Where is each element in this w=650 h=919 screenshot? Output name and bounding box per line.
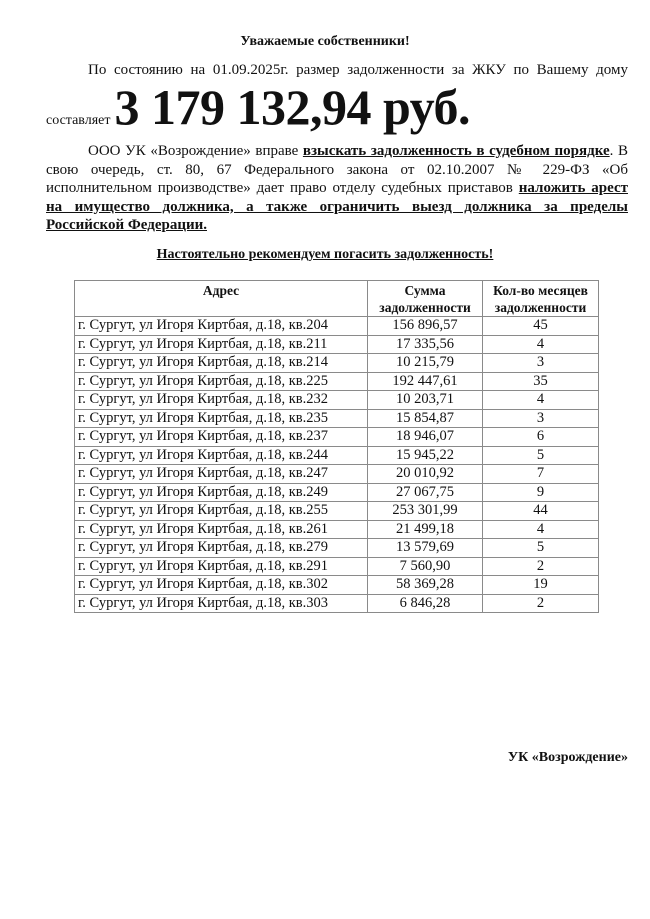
header-address: Адрес (75, 281, 368, 317)
table-row: г. Сургут, ул Игоря Киртбая, д.18, кв.27… (75, 539, 599, 558)
amount-prefix: составляет (46, 113, 110, 128)
table-row: г. Сургут, ул Игоря Киртбая, д.18, кв.25… (75, 502, 599, 521)
cell-address: г. Сургут, ул Игоря Киртбая, д.18, кв.27… (75, 539, 368, 558)
cell-months: 45 (483, 317, 599, 336)
table-row: г. Сургут, ул Игоря Киртбая, д.18, кв.22… (75, 372, 599, 391)
cell-address: г. Сургут, ул Игоря Киртбая, д.18, кв.23… (75, 428, 368, 447)
table-row: г. Сургут, ул Игоря Киртбая, д.18, кв.21… (75, 335, 599, 354)
cell-sum: 10 203,71 (368, 391, 483, 410)
cell-months: 4 (483, 520, 599, 539)
cell-months: 2 (483, 594, 599, 613)
header-months: Кол-во месяцев задолженности (483, 281, 599, 317)
cell-sum: 156 896,57 (368, 317, 483, 336)
document-title: Уважаемые собственники! (0, 34, 650, 50)
table-row: г. Сургут, ул Игоря Киртбая, д.18, кв.21… (75, 354, 599, 373)
cell-months: 4 (483, 335, 599, 354)
legal-paragraph: ООО УК «Возрождение» вправе взыскать зад… (46, 142, 628, 235)
table-row: г. Сургут, ул Игоря Киртбая, д.18, кв.20… (75, 317, 599, 336)
cell-months: 3 (483, 354, 599, 373)
cell-address: г. Сургут, ул Игоря Киртбая, д.18, кв.22… (75, 372, 368, 391)
cell-address: г. Сургут, ул Игоря Киртбая, д.18, кв.21… (75, 335, 368, 354)
cell-address: г. Сургут, ул Игоря Киртбая, д.18, кв.24… (75, 465, 368, 484)
header-sum: Сумма задолженности (368, 281, 483, 317)
cell-months: 19 (483, 576, 599, 595)
recommendation-heading: Настоятельно рекомендуем погасить задолж… (0, 247, 650, 263)
signature: УК «Возрождение» (400, 750, 628, 766)
total-amount-line: составляет 3 179 132,94 руб. (46, 82, 470, 132)
table-row: г. Сургут, ул Игоря Киртбая, д.18, кв.24… (75, 465, 599, 484)
table-row: г. Сургут, ул Игоря Киртбая, д.18, кв.24… (75, 483, 599, 502)
cell-sum: 17 335,56 (368, 335, 483, 354)
total-debt-amount: 3 179 132,94 руб. (114, 79, 470, 135)
table-row: г. Сургут, ул Игоря Киртбая, д.18, кв.26… (75, 520, 599, 539)
cell-sum: 15 945,22 (368, 446, 483, 465)
cell-sum: 10 215,79 (368, 354, 483, 373)
cell-address: г. Сургут, ул Игоря Киртбая, д.18, кв.23… (75, 391, 368, 410)
cell-sum: 15 854,87 (368, 409, 483, 428)
cell-months: 6 (483, 428, 599, 447)
cell-sum: 13 579,69 (368, 539, 483, 558)
cell-address: г. Сургут, ул Игоря Киртбая, д.18, кв.25… (75, 502, 368, 521)
debt-table-body: г. Сургут, ул Игоря Киртбая, д.18, кв.20… (75, 317, 599, 613)
cell-sum: 253 301,99 (368, 502, 483, 521)
cell-address: г. Сургут, ул Игоря Киртбая, д.18, кв.23… (75, 409, 368, 428)
table-row: г. Сургут, ул Игоря Киртбая, д.18, кв.23… (75, 391, 599, 410)
cell-address: г. Сургут, ул Игоря Киртбая, д.18, кв.20… (75, 317, 368, 336)
debt-table: Адрес Сумма задолженности Кол-во месяцев… (74, 280, 599, 613)
cell-address: г. Сургут, ул Игоря Киртбая, д.18, кв.24… (75, 483, 368, 502)
cell-months: 5 (483, 446, 599, 465)
paragraph-text-1: ООО УК «Возрождение» вправе (88, 143, 303, 159)
cell-sum: 27 067,75 (368, 483, 483, 502)
paragraph-emphasis-court: взыскать задолженность в судебном порядк… (303, 143, 610, 159)
intro-line: По состоянию на 01.09.2025г. размер задо… (88, 62, 628, 79)
cell-months: 4 (483, 391, 599, 410)
cell-sum: 58 369,28 (368, 576, 483, 595)
cell-address: г. Сургут, ул Игоря Киртбая, д.18, кв.29… (75, 557, 368, 576)
cell-months: 9 (483, 483, 599, 502)
cell-sum: 21 499,18 (368, 520, 483, 539)
cell-months: 35 (483, 372, 599, 391)
table-row: г. Сургут, ул Игоря Киртбая, д.18, кв.29… (75, 557, 599, 576)
cell-sum: 18 946,07 (368, 428, 483, 447)
cell-sum: 20 010,92 (368, 465, 483, 484)
cell-address: г. Сургут, ул Игоря Киртбая, д.18, кв.30… (75, 576, 368, 595)
cell-months: 2 (483, 557, 599, 576)
table-header-row: Адрес Сумма задолженности Кол-во месяцев… (75, 281, 599, 317)
cell-sum: 7 560,90 (368, 557, 483, 576)
table-row: г. Сургут, ул Игоря Киртбая, д.18, кв.24… (75, 446, 599, 465)
cell-sum: 192 447,61 (368, 372, 483, 391)
cell-address: г. Сургут, ул Игоря Киртбая, д.18, кв.21… (75, 354, 368, 373)
cell-address: г. Сургут, ул Игоря Киртбая, д.18, кв.26… (75, 520, 368, 539)
table-row: г. Сургут, ул Игоря Киртбая, д.18, кв.30… (75, 576, 599, 595)
cell-months: 3 (483, 409, 599, 428)
table-row: г. Сургут, ул Игоря Киртбая, д.18, кв.30… (75, 594, 599, 613)
cell-sum: 6 846,28 (368, 594, 483, 613)
cell-months: 7 (483, 465, 599, 484)
cell-months: 44 (483, 502, 599, 521)
cell-address: г. Сургут, ул Игоря Киртбая, д.18, кв.30… (75, 594, 368, 613)
cell-address: г. Сургут, ул Игоря Киртбая, д.18, кв.24… (75, 446, 368, 465)
table-row: г. Сургут, ул Игоря Киртбая, д.18, кв.23… (75, 428, 599, 447)
cell-months: 5 (483, 539, 599, 558)
table-row: г. Сургут, ул Игоря Киртбая, д.18, кв.23… (75, 409, 599, 428)
